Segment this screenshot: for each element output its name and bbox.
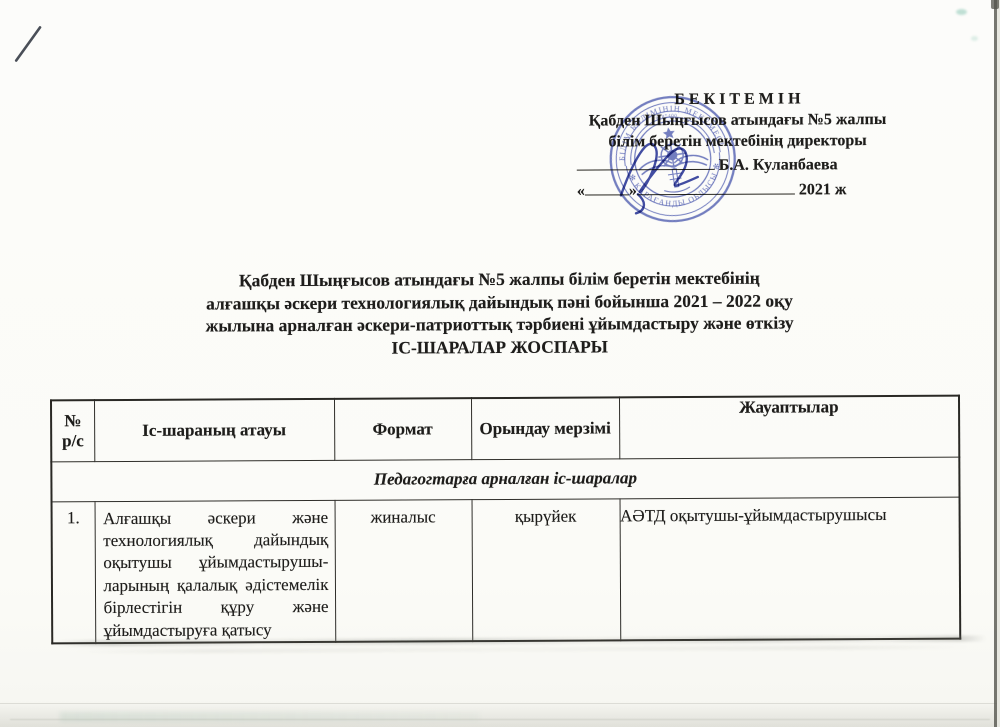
action-plan-table: №р/с Іс-шараның атауы Формат Орындау мер…	[50, 395, 961, 645]
title-line4: ІС-ШАРАЛАР ЖОСПАРЫ	[130, 334, 870, 360]
title-line1: Қабден Шыңғысов атындағы №5 жалпы білім …	[129, 266, 869, 292]
quote-open: «	[577, 183, 585, 200]
year-label: 2021 ж	[799, 181, 847, 198]
row-term: қырүйек	[472, 498, 621, 641]
title-line3: жылына арналған әскери-патриоттық тәрбие…	[130, 311, 870, 337]
activity-text-line: бірлестігін құру және	[104, 596, 329, 620]
activity-text-line: ларының қалалық әдістемелік	[103, 574, 328, 598]
activity-text-line: оқытушы ұйымдастырушы-	[103, 551, 328, 575]
activity-text-line: Алғашқы әскери және	[103, 506, 328, 530]
document-title: Қабден Шыңғысов атындағы №5 жалпы білім …	[129, 266, 869, 360]
paper-corner-mark	[991, 0, 999, 9]
scan-bleed-smudge-2	[71, 646, 971, 654]
director-signature	[594, 124, 755, 225]
row-responsible: АӘТД оқытушы-ұйымдастырушысы	[620, 497, 961, 641]
scan-speck	[956, 9, 967, 15]
table-row: 1. Алғашқы әскери жәнетехнологиялық дайы…	[52, 497, 961, 644]
paper-right-edge	[994, 0, 997, 727]
row-activity: Алғашқы әскери жәнетехнологиялық дайынды…	[95, 500, 336, 643]
pen-slash-mark	[0, 2, 118, 93]
section-title: Педагогтарға арналған іс-шаралар	[51, 457, 959, 502]
scan-speck-2	[971, 36, 978, 41]
header-num: №р/с	[51, 400, 94, 461]
row-format: жиналыс	[335, 499, 473, 642]
header-term: Орындау мерзімі	[471, 397, 619, 459]
section-row: Педагогтарға арналған іс-шаралар	[51, 457, 959, 502]
table-header-row: №р/с Іс-шараның атауы Формат Орындау мер…	[51, 396, 959, 462]
scanned-document-page: Б Е К І Т Е М І Н Қабден Шыңғысов атында…	[0, 0, 1000, 727]
row-number: 1.	[52, 501, 96, 643]
header-format: Формат	[334, 398, 471, 460]
header-responsible: Жауаптылар	[619, 396, 959, 459]
paper-bottom-shadow	[0, 701, 1000, 727]
document-content: Б Е К І Т Е М І Н Қабден Шыңғысов атында…	[0, 0, 1000, 727]
activity-text-line: технологиялық дайындық	[103, 529, 328, 553]
header-name: Іс-шараның атауы	[94, 399, 334, 461]
